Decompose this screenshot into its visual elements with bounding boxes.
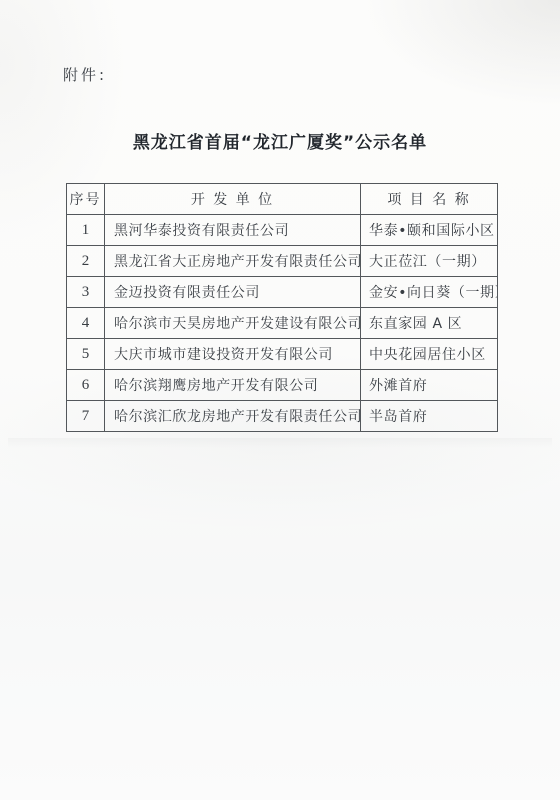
header-serial-number: 序号 [67,184,105,215]
cell-serial-number: 1 [67,215,105,246]
cell-serial-number: 3 [67,277,105,308]
cell-developer: 黑河华泰投资有限责任公司 [105,215,361,246]
cell-serial-number: 5 [67,339,105,370]
cell-developer: 黑龙江省大正房地产开发有限责任公司 [105,246,361,277]
cell-project-name: 半岛首府 [361,401,498,432]
cell-serial-number: 6 [67,370,105,401]
scan-artifact [8,438,552,448]
cell-project-name: 大正莅江（一期） [361,246,498,277]
cell-project-name: 金安•向日葵（一期） [361,277,498,308]
cell-developer: 哈尔滨翔鹰房地产开发有限公司 [105,370,361,401]
table-row: 6 哈尔滨翔鹰房地产开发有限公司 外滩首府 [67,370,498,401]
table-row: 3 金迈投资有限责任公司 金安•向日葵（一期） [67,277,498,308]
cell-serial-number: 7 [67,401,105,432]
document-title: 黑龙江省首届“龙江广厦奖”公示名单 [0,128,560,153]
cell-developer: 哈尔滨市天昊房地产开发建设有限公司 [105,308,361,339]
award-table: 序号 开 发 单 位 项 目 名 称 1 黑河华泰投资有限责任公司 华泰•颐和国… [66,183,498,432]
cell-developer: 哈尔滨汇欣龙房地产开发有限责任公司 [105,401,361,432]
cell-project-name: 华泰•颐和国际小区 [361,215,498,246]
table-row: 1 黑河华泰投资有限责任公司 华泰•颐和国际小区 [67,215,498,246]
document-page: 附件: 黑龙江省首届“龙江广厦奖”公示名单 序号 开 发 单 位 项 目 名 称… [0,0,560,800]
table-row: 2 黑龙江省大正房地产开发有限责任公司 大正莅江（一期） [67,246,498,277]
attachment-label: 附件: [63,64,107,85]
header-project-name: 项 目 名 称 [361,184,498,215]
cell-serial-number: 4 [67,308,105,339]
cell-project-name: 东直家园 A 区 [361,308,498,339]
cell-project-name: 中央花园居住小区 [361,339,498,370]
table-row: 4 哈尔滨市天昊房地产开发建设有限公司 东直家园 A 区 [67,308,498,339]
cell-developer: 金迈投资有限责任公司 [105,277,361,308]
cell-project-name: 外滩首府 [361,370,498,401]
table-row: 5 大庆市城市建设投资开发有限公司 中央花园居住小区 [67,339,498,370]
table-header-row: 序号 开 发 单 位 项 目 名 称 [67,184,498,215]
header-developer: 开 发 单 位 [105,184,361,215]
cell-serial-number: 2 [67,246,105,277]
table-row: 7 哈尔滨汇欣龙房地产开发有限责任公司 半岛首府 [67,401,498,432]
cell-developer: 大庆市城市建设投资开发有限公司 [105,339,361,370]
